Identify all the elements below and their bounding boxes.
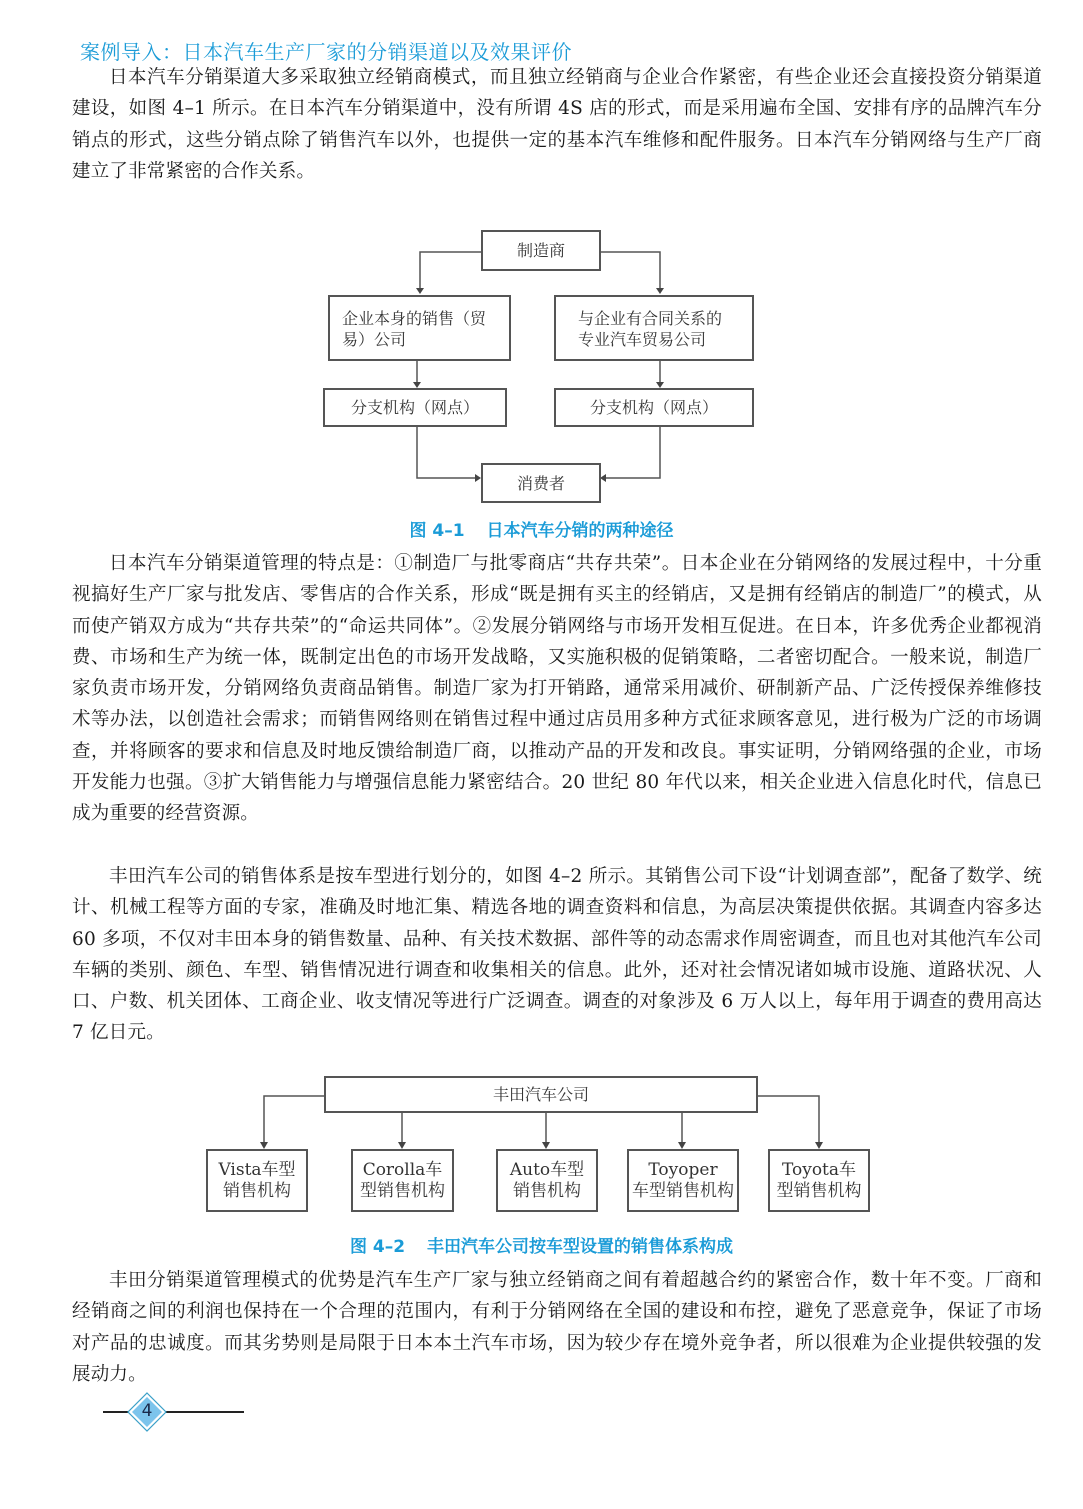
paragraph-4: 丰田分销渠道管理模式的优势是汽车生产厂家与独立经销商之间有着超越合约的紧密合作，… [72,1265,1042,1390]
document-page: 案例导入：日本汽车生产厂家的分销渠道以及效果评价 日本汽车分销渠道大多采取独立经… [0,0,1083,1509]
node-toyoper-line2: 车型销售机构 [632,1181,734,1202]
node-toyota-company: 丰田汽车公司 [324,1076,758,1113]
node-corolla-line1: Corolla车 [363,1160,443,1181]
node-auto-line1: Auto车型 [510,1160,584,1181]
node-toyoper-sales: Toyoper 车型销售机构 [627,1149,739,1212]
figure-4-2-title: 丰田汽车公司按车型设置的销售体系构成 [427,1237,733,1257]
node-toyota-line2: 型销售机构 [777,1181,862,1202]
node-toyota-sales: Toyota车 型销售机构 [768,1149,870,1212]
node-corolla-sales: Corolla车 型销售机构 [351,1149,454,1212]
footer-rule [103,1411,244,1413]
node-vista-sales: Vista车型 销售机构 [206,1149,308,1212]
node-toyoper-line1: Toyoper [648,1160,717,1181]
node-vista-line2: 销售机构 [223,1181,291,1202]
node-toyota-line1: Toyota车 [782,1160,856,1181]
node-auto-line2: 销售机构 [513,1181,581,1202]
figure-4-2-number: 图 4–2 [350,1237,405,1257]
node-corolla-line2: 型销售机构 [360,1181,445,1202]
figure-4-2-caption: 图 4–2丰田汽车公司按车型设置的销售体系构成 [0,1232,1083,1257]
page-number: 4 [127,1401,167,1421]
node-vista-line1: Vista车型 [218,1160,295,1181]
node-auto-sales: Auto车型 销售机构 [496,1149,598,1212]
